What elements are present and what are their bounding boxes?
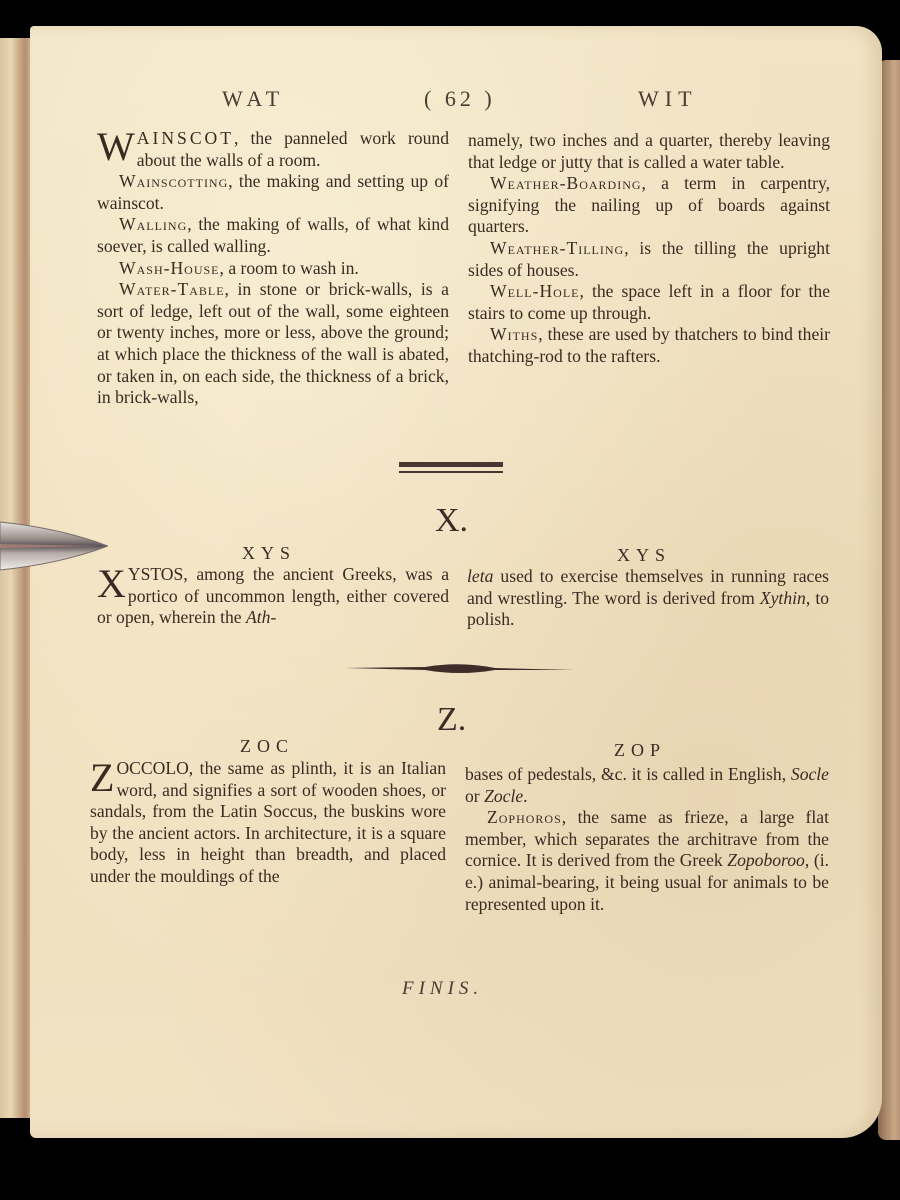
entry-italic-word: Xythin (760, 588, 806, 608)
entry-text: , a room to wash in. (220, 258, 359, 278)
entry-italic: Zopoboroo (727, 850, 805, 870)
dropcap: Z (90, 758, 114, 796)
entry-term: Water-Table (119, 279, 225, 299)
column-head-left: ZOC (240, 736, 294, 757)
column-head-right: ZOP (614, 740, 666, 761)
xystos-left-column: XYSTOS, among the ancient Greeks, was a … (97, 564, 449, 629)
finis: FINIS. (402, 978, 483, 1000)
entry-italic: leta (467, 566, 493, 586)
entry-wainscotting: Wainscotting, the making and setting up … (97, 171, 449, 214)
entry-term: Wash-House (119, 258, 220, 278)
entry-italic: Socle (791, 764, 829, 784)
entry-zoccolo: ZOCCOLO, the same as plinth, it is an It… (90, 758, 446, 888)
section-letter-z: Z. (437, 701, 466, 739)
entry-xystos: XYSTOS, among the ancient Greeks, was a … (97, 564, 449, 629)
entry-italic: Ath- (246, 607, 276, 627)
entry-term: AINSCOT (137, 128, 234, 148)
entry-text: or (465, 786, 484, 806)
zop-right-column: bases of pedestals, &c. it is called in … (465, 764, 829, 915)
running-head-right: WIT (638, 86, 698, 112)
entry-term: Wainscotting (119, 171, 228, 191)
entry-water-table: Water-Table, in stone or brick-walls, is… (97, 279, 449, 409)
zoccolo-left-column: ZOCCOLO, the same as plinth, it is an It… (90, 758, 446, 888)
page-number: ( 62 ) (424, 86, 496, 112)
double-rule-divider (399, 462, 503, 473)
swelled-rule-divider (345, 662, 575, 676)
letter-opener-blade (0, 516, 108, 574)
entry-text: . (523, 786, 527, 806)
top-left-column: WAINSCOT, the panneled work round about … (97, 128, 449, 409)
top-right-column: namely, two inches and a quarter, thereb… (468, 130, 830, 368)
entry-text: bases of pedestals, &c. it is called in … (465, 764, 791, 784)
column-head-right: XYS (617, 545, 671, 566)
entry-wash-house: Wash-House, a room to wash in. (97, 258, 449, 280)
xystos-right-column: leta used to exercise themselves in runn… (467, 566, 829, 631)
entry-term: Weather-Boarding (490, 173, 642, 193)
entry-term: Weather-Tilling (490, 238, 624, 258)
entry-italic: Zocle (484, 786, 523, 806)
entry-xystos-continuation: leta used to exercise themselves in runn… (467, 566, 829, 631)
running-head-left: WAT (222, 86, 285, 112)
entry-term: Withs (490, 324, 538, 344)
entry-term: YSTOS (128, 564, 183, 584)
entry-weather-boarding: Weather-Boarding, a term in carpentry, s… (468, 173, 830, 238)
entry-term: Well-Hole (490, 281, 580, 301)
entry-zoccolo-continuation: bases of pedestals, &c. it is called in … (465, 764, 829, 807)
entry-weather-tilling: Weather-Tilling, is the tilling the upri… (468, 238, 830, 281)
entry-withs: Withs, these are used by thatchers to bi… (468, 324, 830, 367)
entry-wainscot: WAINSCOT, the panneled work round about … (97, 128, 449, 171)
entry-term: Zophoros (487, 807, 562, 827)
entry-well-hole: Well-Hole, the space left in a floor for… (468, 281, 830, 324)
section-letter-x: X. (435, 502, 468, 540)
entry-term: OCCOLO (116, 758, 188, 778)
entry-term: Walling (119, 214, 187, 234)
column-head-left: XYS (242, 543, 296, 564)
entry-zophoros: Zophoros, the same as frieze, a large fl… (465, 807, 829, 915)
entry-walling: Walling, the making of walls, of what ki… (97, 214, 449, 257)
dropcap: W (97, 128, 135, 164)
entry-continuation: namely, two inches and a quarter, thereb… (468, 130, 830, 173)
